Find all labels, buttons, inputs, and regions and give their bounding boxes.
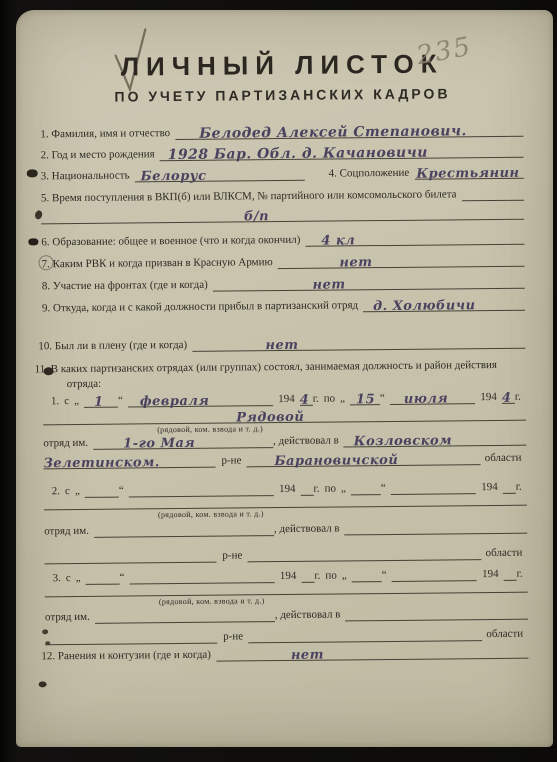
label-unit: отряд им. — [44, 525, 89, 538]
hole-mark — [39, 255, 54, 270]
blank-line — [461, 185, 524, 202]
blank-line: б/п — [41, 204, 524, 225]
form-content: ЛИЧНЫЙ ЛИСТОК 235 ПО УЧЕТУ ПАРТИЗАНСКИХ … — [13, 7, 557, 749]
label-s: с — [64, 395, 69, 408]
label-region: области — [486, 547, 523, 560]
label-region: области — [485, 452, 522, 465]
handwritten-value: нет — [313, 278, 346, 291]
label-acted: , действовал в — [275, 608, 341, 622]
year-prefix: 194 — [480, 391, 497, 404]
label-unit: отряд им. — [43, 437, 88, 450]
field-row-rvk: 7. Каким РВК и когда призван в Красную А… — [42, 250, 525, 272]
document-page: ЛИЧНЫЙ ЛИСТОК 235 ПО УЧЕТУ ПАРТИЗАНСКИХ … — [16, 10, 553, 747]
service-period-position — [44, 489, 527, 511]
field-row-party: 5. Время поступления в ВКП(б) или ВЛКСМ,… — [41, 184, 524, 206]
field-label: 8. Участие на фронтах (где и когда) — [42, 279, 208, 294]
open-quote: „ — [74, 395, 79, 408]
blank-line: Белорус — [135, 165, 305, 183]
ink-smudge — [44, 367, 54, 375]
blank-line — [248, 625, 482, 643]
label-acted: , действовал в — [274, 522, 340, 536]
row-number: 1. — [51, 395, 59, 408]
blank-line: февраля — [128, 390, 273, 407]
field-row-wounds: 12. Ранения и контузии (где и когда) нет — [41, 642, 528, 664]
blank-line: нет — [192, 333, 525, 352]
handwritten-value: нет — [291, 649, 324, 662]
handwritten-value: нет — [265, 339, 298, 352]
handwritten-value: Козловском — [344, 434, 452, 448]
open-quote: „ — [340, 392, 345, 405]
blank-line — [44, 547, 216, 565]
field-label: 10. Был ли в плену (где и когда) — [38, 339, 187, 353]
blank-line: 1 — [84, 392, 118, 408]
field-label: 9. Откуда, когда и с какой должности при… — [42, 299, 358, 315]
field-row-arrived-from: 9. Откуда, когда и с какой должности при… — [42, 294, 525, 316]
field-label: 7. Каким РВК и когда призван в Красную А… — [42, 256, 273, 271]
label-po: по — [324, 393, 336, 406]
handwritten-value: Рядовой — [236, 411, 304, 425]
blank-line: июля — [390, 388, 476, 405]
blank-line: Белодед Алексей Степанович. — [175, 121, 523, 140]
label-unit: отряд им. — [45, 611, 90, 624]
blank-line — [345, 604, 528, 622]
blank-line: 1928 Бар. Обл. д. Качановичи — [160, 142, 524, 161]
field-row-education: 6. Образование: общее и военное (что и к… — [41, 228, 524, 250]
year-prefix: 194 — [278, 393, 295, 406]
blank-line: Барановичской — [246, 449, 480, 467]
handwritten-value: Белорус — [135, 170, 207, 184]
handwritten-value: 1928 Бар. Обл. д. Качановичи — [160, 146, 428, 163]
blank-line: Рядовой — [43, 405, 526, 426]
handwritten-value: 4 кл — [305, 234, 355, 247]
blank-line: 15 — [350, 389, 380, 405]
service-period-region: р-не области — [44, 543, 527, 565]
service-period-unit: отряд им. , действовал в — [45, 603, 528, 625]
label-acted: , действовал в — [273, 434, 339, 448]
blank-line — [45, 628, 217, 646]
label-district: р-не — [222, 549, 242, 562]
handwritten-value: нет — [339, 256, 372, 269]
field-row-nationality: 3. Национальность Белорус 4. Соцположени… — [41, 162, 524, 184]
handwritten-value: 1-го Мая — [93, 437, 195, 451]
blank-line: Зелетинском. — [43, 452, 215, 470]
blank-line — [45, 577, 528, 598]
label-g: г. — [313, 393, 319, 406]
handwritten-value: Зелетинском. — [43, 456, 160, 470]
form-subtitle: ПО УЧЕТУ ПАРТИЗАНСКИХ КАДРОВ — [14, 84, 551, 105]
ink-smudge — [27, 169, 38, 177]
blank-line — [94, 520, 274, 538]
position-hint: (рядовой, ком. взвода и т. д.) — [158, 509, 264, 519]
close-quote: “ — [118, 395, 123, 408]
field-label: 6. Образование: общее и военное (что и к… — [41, 234, 300, 249]
label-district: р-не — [221, 454, 241, 467]
field-label: 1. Фамилия, имя и отчество — [40, 127, 170, 141]
scan-background: ЛИЧНЫЙ ЛИСТОК 235 ПО УЧЕТУ ПАРТИЗАНСКИХ … — [0, 0, 557, 762]
ink-smudge — [39, 681, 47, 687]
ink-smudge — [45, 641, 50, 645]
ink-smudge — [28, 238, 38, 245]
blank-line — [345, 518, 528, 536]
handwritten-value: Барановичской — [246, 454, 398, 468]
blank-line: нет — [278, 251, 525, 269]
blank-line — [247, 544, 481, 562]
blank-line — [44, 490, 527, 511]
field-row-party-line2: б/п — [41, 203, 524, 225]
blank-line: 4 — [502, 388, 515, 404]
field-row-captivity: 10. Был ли в плену (где и когда) нет — [38, 332, 525, 354]
service-period-position: Рядовой — [43, 404, 526, 426]
label-region: области — [486, 628, 523, 641]
blank-line: нет — [216, 643, 529, 662]
ink-smudge — [42, 629, 48, 634]
handwritten-value: Белодед Алексей Степанович. — [175, 124, 467, 141]
field-row-surname: 1. Фамилия, имя и отчество Белодед Алекс… — [40, 120, 523, 142]
blank-line: Козловском — [344, 430, 527, 448]
field-label: 2. Год и место рождения — [40, 148, 154, 162]
label-district: р-не — [223, 630, 243, 643]
field-label: 12. Ранения и контузии (где и когда) — [41, 649, 211, 664]
blank-line: нет — [213, 273, 525, 292]
field-label: 4. Соцположение — [329, 167, 410, 181]
field-label: 5. Время поступления в ВКП(б) или ВЛКСМ,… — [41, 188, 457, 205]
field-label: 3. Национальность — [41, 169, 130, 183]
service-period-unit: отряд им. , действовал в — [44, 517, 527, 539]
close-quote: “ — [380, 392, 385, 405]
blank-line: 1-го Мая — [93, 432, 273, 450]
label-g: г. — [515, 391, 521, 404]
service-period-unit: отряд им. 1-го Мая , действовал в Козлов… — [43, 429, 526, 451]
blank-line: д. Холюбичи — [363, 295, 525, 313]
field-row-birth: 2. Год и место рождения 1928 Бар. Обл. д… — [40, 141, 523, 163]
field-row-fronts: 8. Участие на фронтах (где и когда) нет — [42, 272, 525, 294]
handwritten-value: д. Холюбичи — [363, 299, 476, 313]
blank-line: Крестьянин — [414, 163, 524, 180]
blank-line: 4 кл — [305, 229, 524, 247]
handwritten-value: б/п — [244, 210, 269, 223]
service-period-region: Зелетинском. р-не Барановичской области — [43, 448, 526, 470]
blank-line: 4 — [300, 390, 313, 406]
blank-line — [95, 606, 275, 624]
service-period-position — [45, 576, 528, 598]
handwritten-value: Крестьянин — [414, 167, 519, 181]
